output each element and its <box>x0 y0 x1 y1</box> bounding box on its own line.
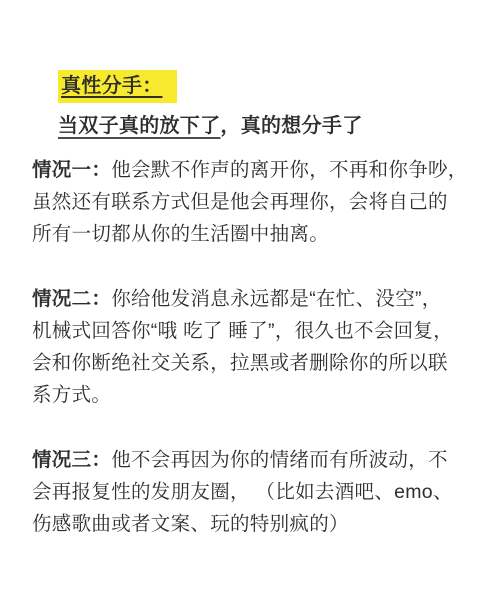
paragraph-line: 所有一切都从你的生活圈中抽离。 <box>32 223 329 245</box>
case-2-paragraph: 情况二：你给他发消息永远都是“在忙、没空”， 机械式回答你“哦 吃了 睡了”，很… <box>32 283 472 411</box>
page-title: 真性分手： <box>58 70 177 103</box>
paragraph-line: 虽然还有联系方式但是他会再理你，会将自己的 <box>32 191 448 213</box>
subtitle-underlined-text: 当双子真的放下了 <box>58 115 220 137</box>
paragraph-line: 机械式回答你“哦 吃了 睡了”，很久也不会回复， <box>32 320 453 342</box>
case-3-label: 情况三： <box>32 449 111 471</box>
paragraph-line: 会和你断绝社交关系，拉黑或者删除你的所以联 <box>32 352 448 374</box>
case-1-label: 情况一： <box>32 159 111 181</box>
header: 真性分手： 当双子真的放下了，真的想分手了 <box>58 70 472 142</box>
paragraph-line: 伤感歌曲或者文案、玩的特别疯的） <box>32 513 349 535</box>
case-3-paragraph: 情况三：他不会再因为你的情绪而有所波动，不 会再报复性的发朋友圈， （比如去酒吧… <box>32 444 472 540</box>
paragraph-line: 他会默不作声的离开你，不再和你争吵， <box>111 159 467 181</box>
paragraph-line: 你给他发消息永远都是“在忙、没空”， <box>111 288 441 310</box>
case-2-label: 情况二： <box>32 288 111 310</box>
title-line: 真性分手： <box>58 70 472 103</box>
paragraph-line: 会再报复性的发朋友圈， （比如去酒吧、emo、 <box>32 481 453 503</box>
case-1-paragraph: 情况一：他会默不作声的离开你，不再和你争吵， 虽然还有联系方式但是他会再理你，会… <box>32 154 472 250</box>
subtitle-rest-text: ，真的想分手了 <box>220 115 362 137</box>
paragraph-line: 系方式。 <box>32 384 111 406</box>
note-page: 真性分手： 当双子真的放下了，真的想分手了 情况一：他会默不作声的离开你，不再和… <box>0 0 490 600</box>
page-subtitle: 当双子真的放下了，真的想分手了 <box>58 110 472 142</box>
paragraph-line: 他不会再因为你的情绪而有所波动，不 <box>111 449 448 471</box>
